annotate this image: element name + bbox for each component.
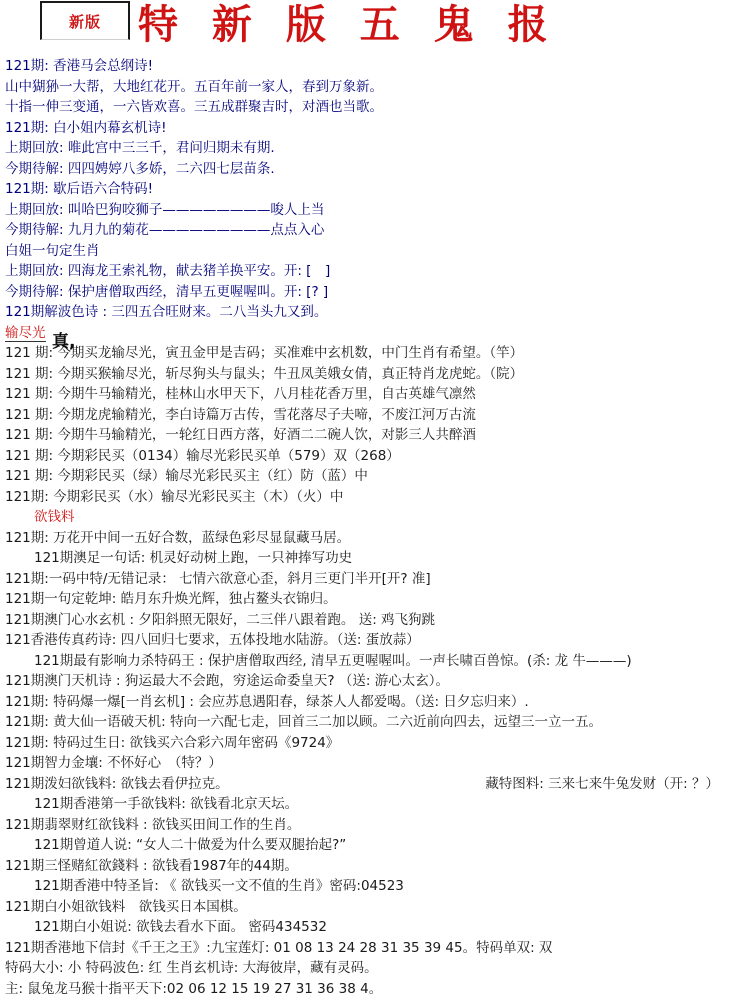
report-line: 121期三怪赌紅欲錢料 : 欲钱看1987年的44期。 [0,856,733,877]
report-line: 121期智力金壤: 不怀好心 （特？） [0,753,733,774]
report-line: 121期翡翠财红欲钱料 : 欲钱买田间工作的生肖。 [0,815,733,836]
report-line: 121期: 特码过生日: 欲钱买六合彩六周年密码《9724》 [0,733,733,754]
report-header: 新版 特 新 版 五 鬼 报 [0,0,733,56]
report-line: 121期: 今期彩民买（水）输尽光彩民买主（木）（火）中 [0,487,733,508]
report-line-text: 上期回放: 四海龙王索礼物，献去猪羊换平安。开: [ ] [5,263,330,279]
report-line: 今期待解: 保护唐僧取西经，清早五更喔喔叫。开: [? ] [0,282,733,303]
report-line-text: 121期白小姐说: 欲钱去看水下面。 密码434532 [34,919,327,935]
report-line: 上期回放: 叫哈巴狗咬狮子————————唆人上当 [0,200,733,221]
report-line-text: 121期:一码中特/无错记录： 七情六欲意心歪，斜月三更门半开[开? 准] [5,571,431,587]
report-line: 主: 鼠兔龙马猴十指平天下:02 06 12 15 19 27 31 36 38… [0,979,733,1000]
report-line-text: 121 期: 今期彩民买（0134）输尽光彩民买单（579）双（268） [5,448,400,464]
report-line-text: 121期曾道人说: “女人二十做爱为什么要双腿抬起?” [34,837,346,853]
report-line-text: 121期: 万花开中间一五好合数，蓝绿色彩尽显鼠藏马居。 [5,530,350,546]
report-line: 121期香港中特圣旨: 《 欲钱买一文不值的生肖》密码:04523 [0,876,733,897]
report-line-text: 121期香港地下信封《千王之王》:九宝莲灯: 01 08 13 24 28 31… [5,940,552,956]
section-heading: 欲钱料 [0,507,733,528]
report-line-text: 121期解波色诗 : 三四五合旺财来。二八当头九又到。 [5,304,327,320]
report-line: 白姐一句定生肖 [0,241,733,262]
report-line: 121期白小姐欲钱料 欲钱买日本国棋。 [0,897,733,918]
report-line: 121期澳门心水玄机 : 夕阳斜照无限好，二三伴八跟着跑。 送: 鸡飞狗跳 [0,610,733,631]
report-line-text: 今期待解: 保护唐僧取西经，清早五更喔喔叫。开: [? ] [5,284,328,300]
report-line-text: 121期: 特码爆一爆[一肖玄机] : 会应苏息遇阳春，绿茶人人都爱喝。（送: … [5,694,529,710]
report-line-text: 121 期: 今期买猴输尽光，斩尽狗头与鼠头；牛丑凤美娥女倩，真正特肖龙虎蛇。（… [5,366,523,382]
report-line-text: 121 期: 今期牛马输精光，一轮红日西方落，好酒二二碗人饮，对影三人共醉酒 [5,427,476,443]
report-line-text: 121期: 今期彩民买（水）输尽光彩民买主（木）（火）中 [5,489,343,505]
section-heading: 输尽光真, [0,323,733,344]
report-line: 121期澳足一句话: 机灵好动树上跑，一只神捧写功史 [0,548,733,569]
report-line-text: 今期待解: 四四娉婷八多娇，二六四七层苗条. [5,161,275,177]
report-line: 121期一句定乾坤: 皓月东升焕光辉，独占鳌头衣锦归。 [0,589,733,610]
report-line-text: 121香港传真药诗: 四八回归七要求，五体投地水陆游。（送: 蛋放蒜） [5,632,420,648]
report-line-text: 121 期: 今期彩民买（绿）输尽光彩民买主（红）防（蓝）中 [5,468,368,484]
report-line: 上期回放: 唯此宫中三三千，君问归期未有期. [0,138,733,159]
report-line: 今期待解: 四四娉婷八多娇，二六四七层苗条. [0,159,733,180]
report-line: 山中猢狲一大帮，大地红花开。五百年前一家人，春到万象新。 [0,77,733,98]
report-line: 十指一伸三变通，一六皆欢喜。三五成群聚吉时，对酒也当歌。 [0,97,733,118]
report-line-text: 121期澳门天机诗 : 狗运最大不会跑，穷途运命委皇天? （送: 游心太玄）。 [5,673,449,689]
report-line-text: 121期: 特码过生日: 欲钱买六合彩六周年密码《9724》 [5,735,339,751]
report-line: 121期曾道人说: “女人二十做爱为什么要双腿抬起?” [0,835,733,856]
report-line-text: 121期: 歇后语六合特码! [5,181,153,197]
report-line-text: 山中猢狲一大帮，大地红花开。五百年前一家人，春到万象新。 [5,79,383,95]
report-line: 121期: 歇后语六合特码! [0,179,733,200]
report-line-text: 121 期: 今期牛马输精光，桂林山水甲天下，八月桂花香万里，自古英雄气凛然 [5,386,476,402]
report-line-text: 主: 鼠兔龙马猴十指平天下:02 06 12 15 19 27 31 36 38… [5,981,382,997]
report-line-text: 121期智力金壤: 不怀好心 （特？） [5,755,222,771]
report-line-text: 特码大小: 小 特码波色: 红 生肖玄机诗: 大海彼岸，藏有灵码。 [5,960,378,976]
report-line-text: 上期回放: 叫哈巴狗咬狮子————————唆人上当 [5,202,324,218]
report-line-text: 121 期: 今期买龙输尽光，寅丑金甲是吉码；买准难中玄机数，中门生肖有希望。（… [5,345,523,361]
report-line: 121期: 黄大仙一语破天机: 特向一六配七走，回首三二加以顾。二六近前向四去，… [0,712,733,733]
report-line: 121期香港地下信封《千王之王》:九宝莲灯: 01 08 13 24 28 31… [0,938,733,959]
report-line: 121 期: 今期龙虎输精光，李白诗篇万古传，雪花落尽子夫啼，不废江河万古流 [0,405,733,426]
report-line-text: 121期澳足一句话: 机灵好动树上跑，一只神捧写功史 [34,550,352,566]
report-line-text: 121期香港第一手欲钱料: 欲钱看北京天坛。 [34,796,298,812]
report-line: 特码大小: 小 特码波色: 红 生肖玄机诗: 大海彼岸，藏有灵码。 [0,958,733,979]
report-line-text: 121期一句定乾坤: 皓月东升焕光辉，独占鳌头衣锦归。 [5,591,337,607]
edition-badge: 新版 [69,11,101,32]
report-line-text: 今期待解: 九月九的菊花—————————点点入心 [5,222,324,238]
report-line-right-text: 藏特图料: 三来七来牛兔发财（开: ？） [485,774,719,795]
report-line: 121期泼妇欲钱料: 欲钱去看伊拉克。藏特图料: 三来七来牛兔发财（开: ？） [0,774,733,795]
page-title: 特 新 版 五 鬼 报 [138,2,558,48]
report-line: 121期: 香港马会总纲诗! [0,56,733,77]
report-line: 121期澳门天机诗 : 狗运最大不会跑，穷途运命委皇天? （送: 游心太玄）。 [0,671,733,692]
report-lines: 121期: 香港马会总纲诗!山中猢狲一大帮，大地红花开。五百年前一家人，春到万象… [0,56,733,999]
report-line-text: 输尽光 [5,325,46,342]
report-line: 121期: 特码爆一爆[一肖玄机] : 会应苏息遇阳春，绿茶人人都爱喝。（送: … [0,692,733,713]
report-line-text: 121期泼妇欲钱料: 欲钱去看伊拉克。 [5,774,229,795]
report-line-text: 121期最有影响力杀特码王 : 保护唐僧取西经, 清早五更喔喔叫。一声长啸百兽惊… [34,653,632,669]
overlapping-character: 真, [52,332,75,353]
report-line: 上期回放: 四海龙王索礼物，献去猪羊换平安。开: [ ] [0,261,733,282]
report-line: 121 期: 今期彩民买（绿）输尽光彩民买主（红）防（蓝）中 [0,466,733,487]
report-line-text: 十指一伸三变通，一六皆欢喜。三五成群聚吉时，对酒也当歌。 [5,99,383,115]
report-line: 121 期: 今期彩民买（0134）输尽光彩民买单（579）双（268） [0,446,733,467]
report-line: 121期解波色诗 : 三四五合旺财来。二八当头九又到。 [0,302,733,323]
report-line: 121 期: 今期买猴输尽光，斩尽狗头与鼠头；牛丑凤美娥女倩，真正特肖龙虎蛇。（… [0,364,733,385]
report-line-text: 121期澳门心水玄机 : 夕阳斜照无限好，二三伴八跟着跑。 送: 鸡飞狗跳 [5,612,435,628]
report-line: 今期待解: 九月九的菊花—————————点点入心 [0,220,733,241]
edition-badge-box: 新版 [40,1,130,40]
report-line-text: 121期: 黄大仙一语破天机: 特向一六配七走，回首三二加以顾。二六近前向四去，… [5,714,602,730]
report-line: 121香港传真药诗: 四八回归七要求，五体投地水陆游。（送: 蛋放蒜） [0,630,733,651]
report-line-text: 上期回放: 唯此宫中三三千，君问归期未有期. [5,140,275,156]
report-line-text: 欲钱料 [34,509,75,525]
report-line-text: 白姐一句定生肖 [5,243,100,259]
report-line-text: 121 期: 今期龙虎输精光，李白诗篇万古传，雪花落尽子夫啼，不废江河万古流 [5,407,476,423]
report-line: 121期:一码中特/无错记录： 七情六欲意心歪，斜月三更门半开[开? 准] [0,569,733,590]
report-line-text: 121期: 白小姐内幕玄机诗! [5,120,167,136]
report-line-text: 121期翡翠财红欲钱料 : 欲钱买田间工作的生肖。 [5,817,300,833]
report-line: 121期香港第一手欲钱料: 欲钱看北京天坛。 [0,794,733,815]
report-line: 121 期: 今期买龙输尽光，寅丑金甲是吉码；买准难中玄机数，中门生肖有希望。（… [0,343,733,364]
report-line: 121 期: 今期牛马输精光，桂林山水甲天下，八月桂花香万里，自古英雄气凛然 [0,384,733,405]
report-line: 121期白小姐说: 欲钱去看水下面。 密码434532 [0,917,733,938]
report-line-text: 121期三怪赌紅欲錢料 : 欲钱看1987年的44期。 [5,858,298,874]
report-line: 121期最有影响力杀特码王 : 保护唐僧取西经, 清早五更喔喔叫。一声长啸百兽惊… [0,651,733,672]
report-line: 121期: 万花开中间一五好合数，蓝绿色彩尽显鼠藏马居。 [0,528,733,549]
report-line-text: 121期香港中特圣旨: 《 欲钱买一文不值的生肖》密码:04523 [34,878,404,894]
report-line: 121期: 白小姐内幕玄机诗! [0,118,733,139]
report-line: 121 期: 今期牛马输精光，一轮红日西方落，好酒二二碗人饮，对影三人共醉酒 [0,425,733,446]
report-line-text: 121期: 香港马会总纲诗! [5,58,153,74]
report-line-text: 121期白小姐欲钱料 欲钱买日本国棋。 [5,899,247,915]
